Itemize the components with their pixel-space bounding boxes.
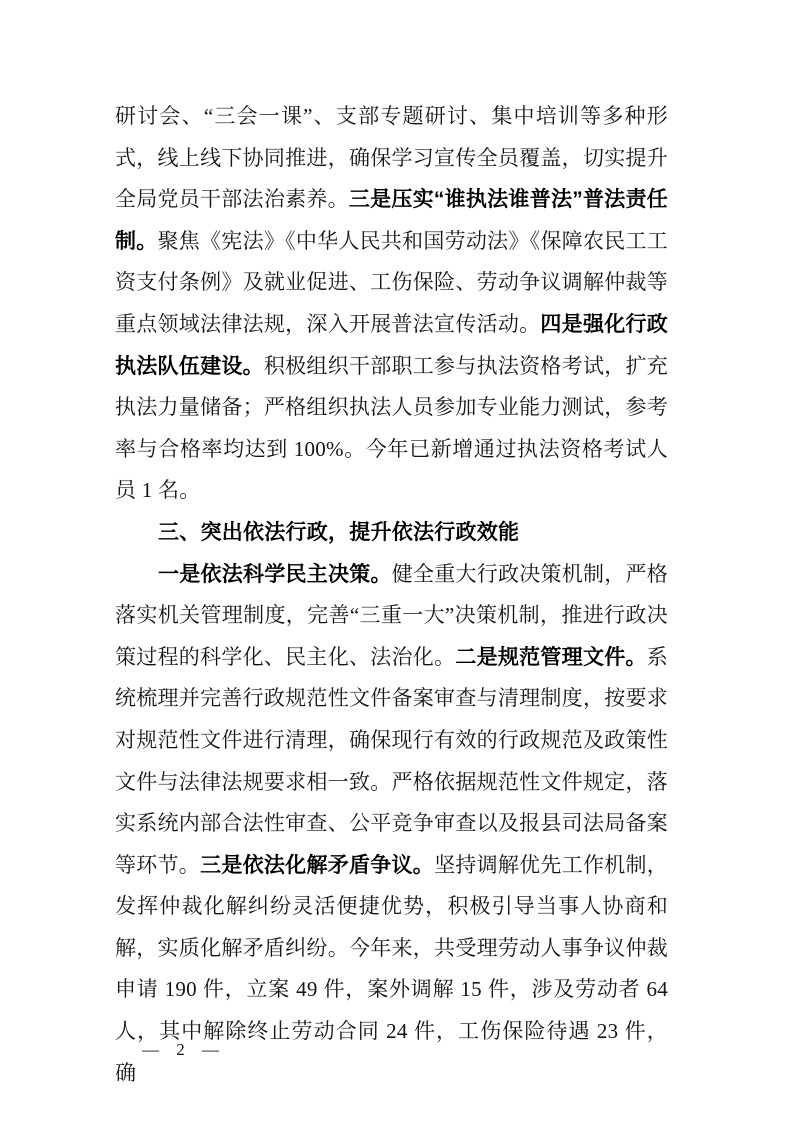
document-body: 研讨会、“三会一课”、支部专题研讨、集中培训等多种形式，线上线下协同推进，确保学… xyxy=(115,96,668,1094)
bold-run-democratic-decision: 一是依法科学民主决策。 xyxy=(158,563,392,586)
paragraph-law-publicity: 研讨会、“三会一课”、支部专题研讨、集中培训等多种形式，线上线下协同推进，确保学… xyxy=(115,96,668,512)
page-number: — 2 — xyxy=(142,1040,220,1060)
bold-run-dispute-resolution: 三是依法化解矛盾争议。 xyxy=(200,854,434,877)
paragraph-administration-by-law: 一是依法科学民主决策。健全重大行政决策机制，严格落实机关管理制度，完善“三重一大… xyxy=(115,554,668,1095)
bold-run-document-management: 二是规范管理文件。 xyxy=(455,646,646,669)
text-run: 系统梳理并完善行政规范性文件备案审查与清理制度，按要求对规范性文件进行清理，确保… xyxy=(115,645,668,877)
section-heading-administration-by-law: 三、突出依法行政，提升依法行政效能 xyxy=(115,512,668,554)
document-page: 研讨会、“三会一课”、支部专题研讨、集中培训等多种形式，线上线下协同推进，确保学… xyxy=(0,0,793,1122)
